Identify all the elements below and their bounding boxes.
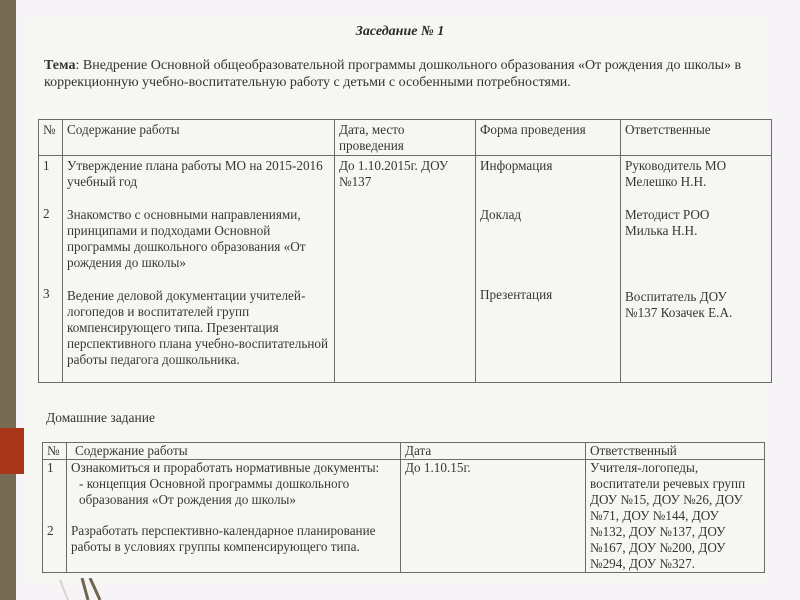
header-num: № xyxy=(39,120,63,156)
row-numbers: 1 2 xyxy=(43,460,67,573)
row-forms: Информация Доклад Презентация xyxy=(476,156,621,383)
responsible-3: Воспитатель ДОУ №137 Козачек Е.А. xyxy=(625,289,755,321)
header-num: № xyxy=(43,443,67,460)
form-3: Презентация xyxy=(480,287,616,303)
row-responsibles: Руководитель МО Мелешко Н.Н. Методист РО… xyxy=(621,156,772,383)
row-numbers: 1 2 3 xyxy=(39,156,63,383)
header-form: Форма проведения xyxy=(476,120,621,156)
hw-num-1: 1 xyxy=(47,460,62,476)
homework-title: Домашние задание xyxy=(46,410,155,426)
header-responsible: Ответственный xyxy=(586,443,765,460)
homework-table: № Содержание работы Дата Ответственный 1… xyxy=(42,442,765,573)
theme-text: : Внедрение Основной общеобразовательной… xyxy=(44,58,741,90)
accent-tab xyxy=(0,428,24,474)
hw-responsible-1: Учителя-логопеды, воспитатели речевых гр… xyxy=(590,460,755,572)
content-3: Ведение деловой документации учителей-ло… xyxy=(67,288,330,368)
responsible-2: Методист РОО Милька Н.Н. xyxy=(625,207,735,239)
table-header-row: № Содержание работы Дата Ответственный xyxy=(43,443,765,460)
meeting-table: № Содержание работы Дата, место проведен… xyxy=(38,119,772,383)
header-date-place: Дата, место проведения xyxy=(335,120,476,156)
row-contents: Утверждение плана работы МО на 2015-2016… xyxy=(63,156,335,383)
row-date: До 1.10.15г. xyxy=(401,460,586,573)
row-date-place: До 1.10.2015г. ДОУ №137 xyxy=(335,156,476,383)
table-row: 1 2 Ознакомиться и проработать нормативн… xyxy=(43,460,765,573)
row-num-2: 2 xyxy=(43,206,58,222)
row-responsible: Учителя-логопеды, воспитатели речевых гр… xyxy=(586,460,765,573)
content-2: Знакомство с основными направлениями, пр… xyxy=(67,207,330,271)
decorative-lines-icon xyxy=(56,578,116,600)
hw-date-1: До 1.10.15г. xyxy=(405,460,581,476)
header-content: Содержание работы xyxy=(63,120,335,156)
table-row: 1 2 3 Утверждение плана работы МО на 201… xyxy=(39,156,772,383)
responsible-1: Руководитель МО Мелешко Н.Н. xyxy=(625,158,750,190)
content-1: Утверждение плана работы МО на 2015-2016… xyxy=(67,158,330,190)
hw-content-1: Ознакомиться и проработать нормативные д… xyxy=(71,460,396,476)
hw-content-1-sub: - концепция Основной программы дошкольно… xyxy=(71,476,396,508)
form-1: Информация xyxy=(480,158,616,174)
row-num-1: 1 xyxy=(43,158,58,174)
row-num-3: 3 xyxy=(43,286,58,302)
row-contents: Ознакомиться и проработать нормативные д… xyxy=(67,460,401,573)
table-header-row: № Содержание работы Дата, место проведен… xyxy=(39,120,772,156)
hw-content-2: Разработать перспективно-календарное пла… xyxy=(71,523,396,555)
document-title: Заседание № 1 xyxy=(0,24,800,40)
theme-paragraph: Тема: Внедрение Основной общеобразовател… xyxy=(44,57,764,91)
date-place-1: До 1.10.2015г. ДОУ №137 xyxy=(339,158,449,190)
hw-num-2: 2 xyxy=(47,523,62,539)
theme-label: Тема xyxy=(44,58,75,73)
form-2: Доклад xyxy=(480,207,616,223)
left-decorative-strip xyxy=(0,0,16,600)
header-responsible: Ответственные xyxy=(621,120,772,156)
header-date: Дата xyxy=(401,443,586,460)
header-content: Содержание работы xyxy=(67,443,401,460)
